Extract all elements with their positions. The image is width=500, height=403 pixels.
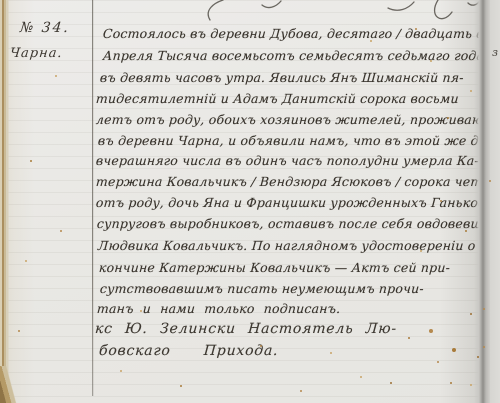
- manuscript-line: вчерашняго числа въ одинъ часъ пополудни…: [95, 153, 479, 168]
- manuscript-line: танъ и нами только подписанъ.: [96, 301, 341, 316]
- manuscript-line: сутствовавшимъ писать неумеющимъ прочи-: [99, 281, 424, 296]
- manuscript-line: тержина Ковальчикъ / Вендзюра Ясюковъ / …: [95, 174, 500, 189]
- manuscript-line: бовскаго Прихода.: [98, 343, 279, 359]
- manuscript-line: супруговъ выробниковъ, оставивъ после се…: [96, 216, 500, 231]
- manuscript-line: кончине Катержины Ковальчикъ — Актъ сей …: [98, 260, 450, 275]
- manuscript-line: Апреля Тысяча восемьсотъ семьдесятъ седь…: [102, 48, 489, 63]
- next-page-ink-fragment: з: [492, 46, 498, 59]
- manuscript-line: кс Ю. Зелински Настоятель Лю-: [94, 321, 397, 337]
- next-page-sliver: [490, 0, 500, 403]
- manuscript-line: летъ отъ роду, обоихъ хозяиновъ жителей,…: [95, 112, 500, 127]
- foxing-specks: [0, 0, 2, 2]
- manuscript-line: въ девять часовъ утра. Явились Янъ Шиман…: [99, 70, 464, 85]
- manuscript-line: тидесятилетнiй и Адамъ Данитскiй сорока …: [95, 91, 459, 106]
- manuscript-line: Состоялось въ деревни Дубова, десятаго /…: [102, 26, 500, 41]
- manuscript-text-block: Состоялось въ деревни Дубова, десятаго /…: [0, 0, 500, 403]
- manuscript-line: отъ роду, дочь Яна и Францишки урожденны…: [95, 195, 500, 210]
- manuscript-line: въ деревни Чарна, и объявили намъ, что в…: [97, 133, 500, 148]
- manuscript-page-scan: № 34. Чарна. Состоялось въ деревни Дубов…: [0, 0, 500, 403]
- manuscript-line: Людвика Ковальчикъ. По наглядномъ удосто…: [97, 238, 476, 253]
- binding-gutter-shadow: [474, 0, 490, 403]
